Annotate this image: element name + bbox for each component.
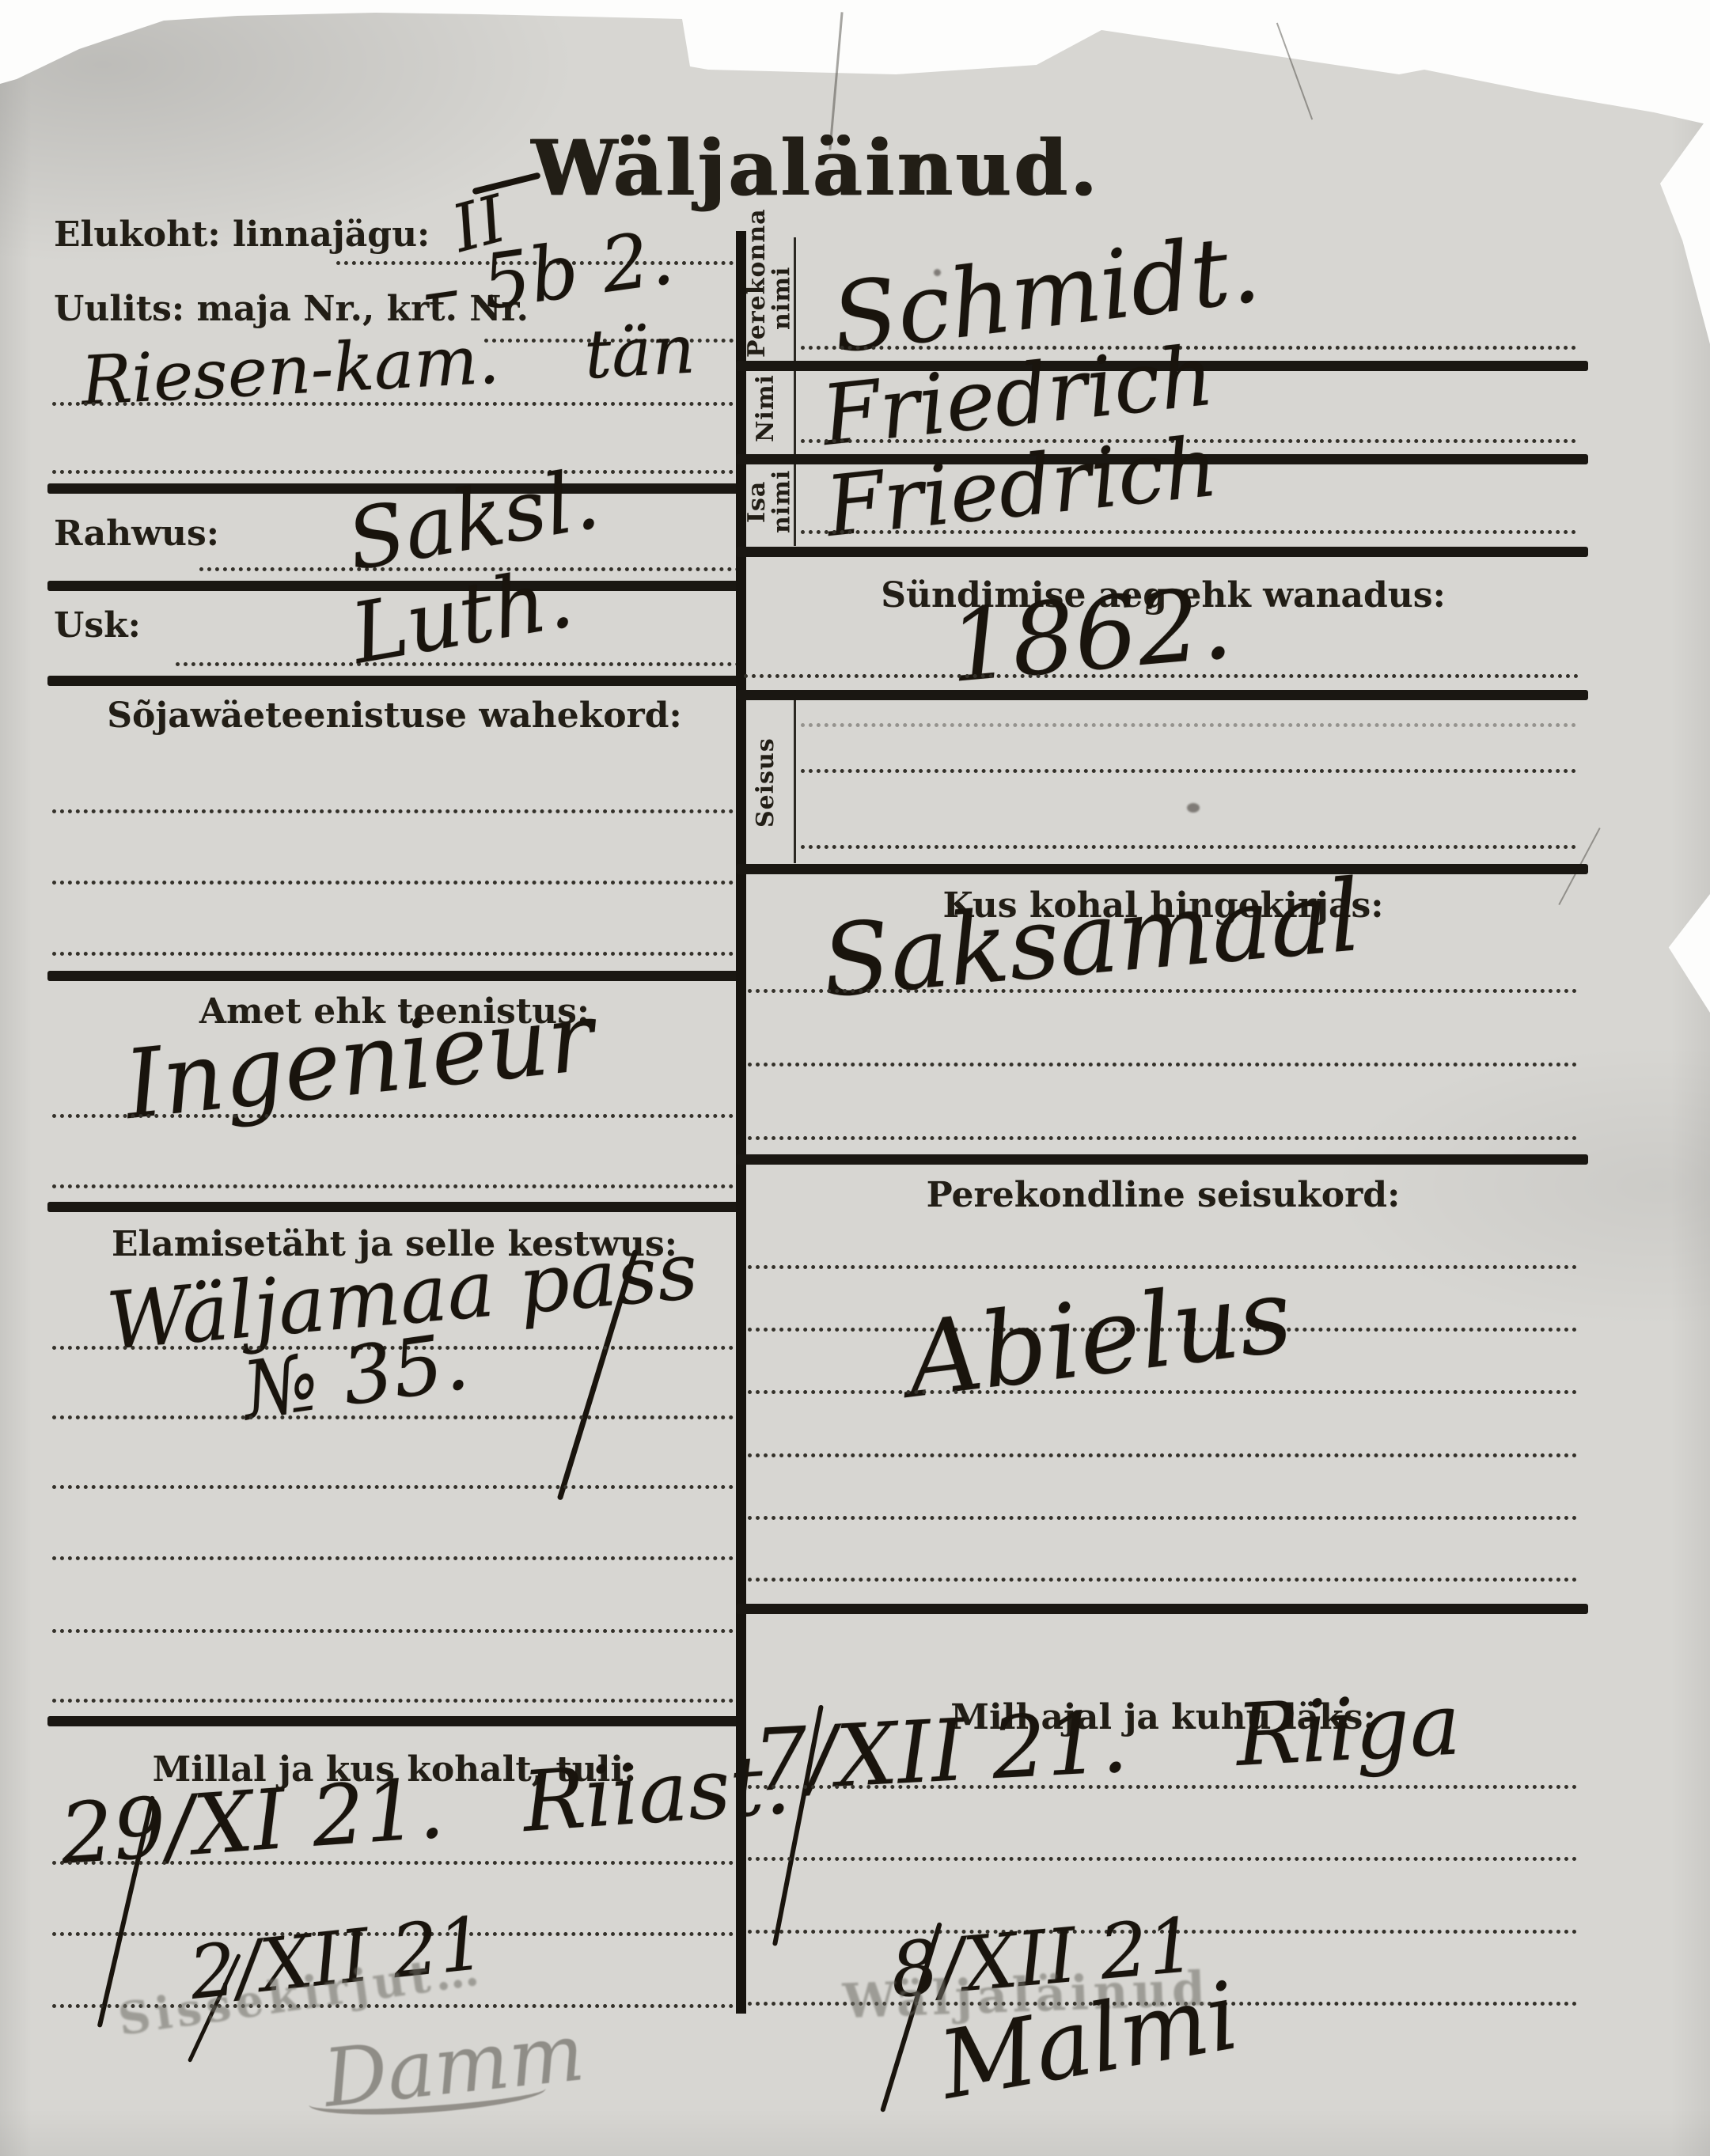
dotted-line [52,1114,741,1118]
paper-speck [1187,803,1200,813]
field-label-nationality: Rahwus: [54,514,219,555]
dotted-line [748,1390,1577,1394]
section-rule [47,971,741,981]
dotted-line [52,470,741,474]
dotted-line [52,1184,741,1188]
label-cell-divider [794,700,796,863]
dotted-line [748,1265,1577,1269]
section-rule [736,864,1588,874]
dotted-line [52,402,741,406]
dotted-line [748,1578,1577,1582]
section-rule [736,1604,1588,1614]
field-label-family-status: Perekondline seisukord: [748,1176,1579,1216]
section-rule [47,1716,741,1726]
section-rule [47,1202,741,1212]
dotted-line [52,1861,741,1865]
dotted-line [52,809,741,813]
dotted-line [748,989,1577,993]
dotted-line [801,769,1576,773]
dotted-line [52,1485,741,1489]
section-rule [736,690,1588,700]
field-label-military-service: Sõjawäeteenistuse wahekord: [47,696,741,737]
field-label-status: Seisus [753,706,787,860]
dotted-line [748,1136,1577,1140]
section-rule [47,676,741,686]
field-label-religion: Usk: [54,606,141,646]
dotted-line [748,1857,1577,1861]
dotted-line [52,952,741,956]
dotted-line [748,1516,1577,1520]
torn-right-edge-notch [1666,894,1710,1013]
torn-right-edge-notch [1660,115,1710,344]
field-label-first-name: Nimi [753,369,787,448]
dotted-line [748,1063,1577,1067]
section-rule [736,1154,1588,1165]
dotted-line [801,845,1576,849]
dotted-line [52,1556,741,1560]
page-title: Wäljaläinud. [419,125,1211,212]
dotted-line [744,674,1579,678]
dotted-line [52,1699,741,1703]
dotted-line [52,1629,741,1633]
dotted-line [748,1453,1577,1457]
dotted-line [52,1415,741,1419]
field-label-residence-district: Elukoht: linnajägu: [54,215,430,256]
field-label-surname: Perekonna nimi [745,239,794,358]
dotted-line [52,881,741,885]
handwritten-street-name: Riesen-kam. tän [80,316,697,415]
dotted-line [748,1785,1577,1789]
section-rule [736,547,1588,557]
dotted-line [801,530,1576,534]
scanned-registration-card: Wäljaläinud. Elukoht: linnajägu: II Uuli… [0,0,1710,2156]
field-label-father-name: Isa nimi [745,462,794,541]
dotted-line [801,723,1576,727]
handwritten-birth-year: 1862. [945,574,1235,697]
